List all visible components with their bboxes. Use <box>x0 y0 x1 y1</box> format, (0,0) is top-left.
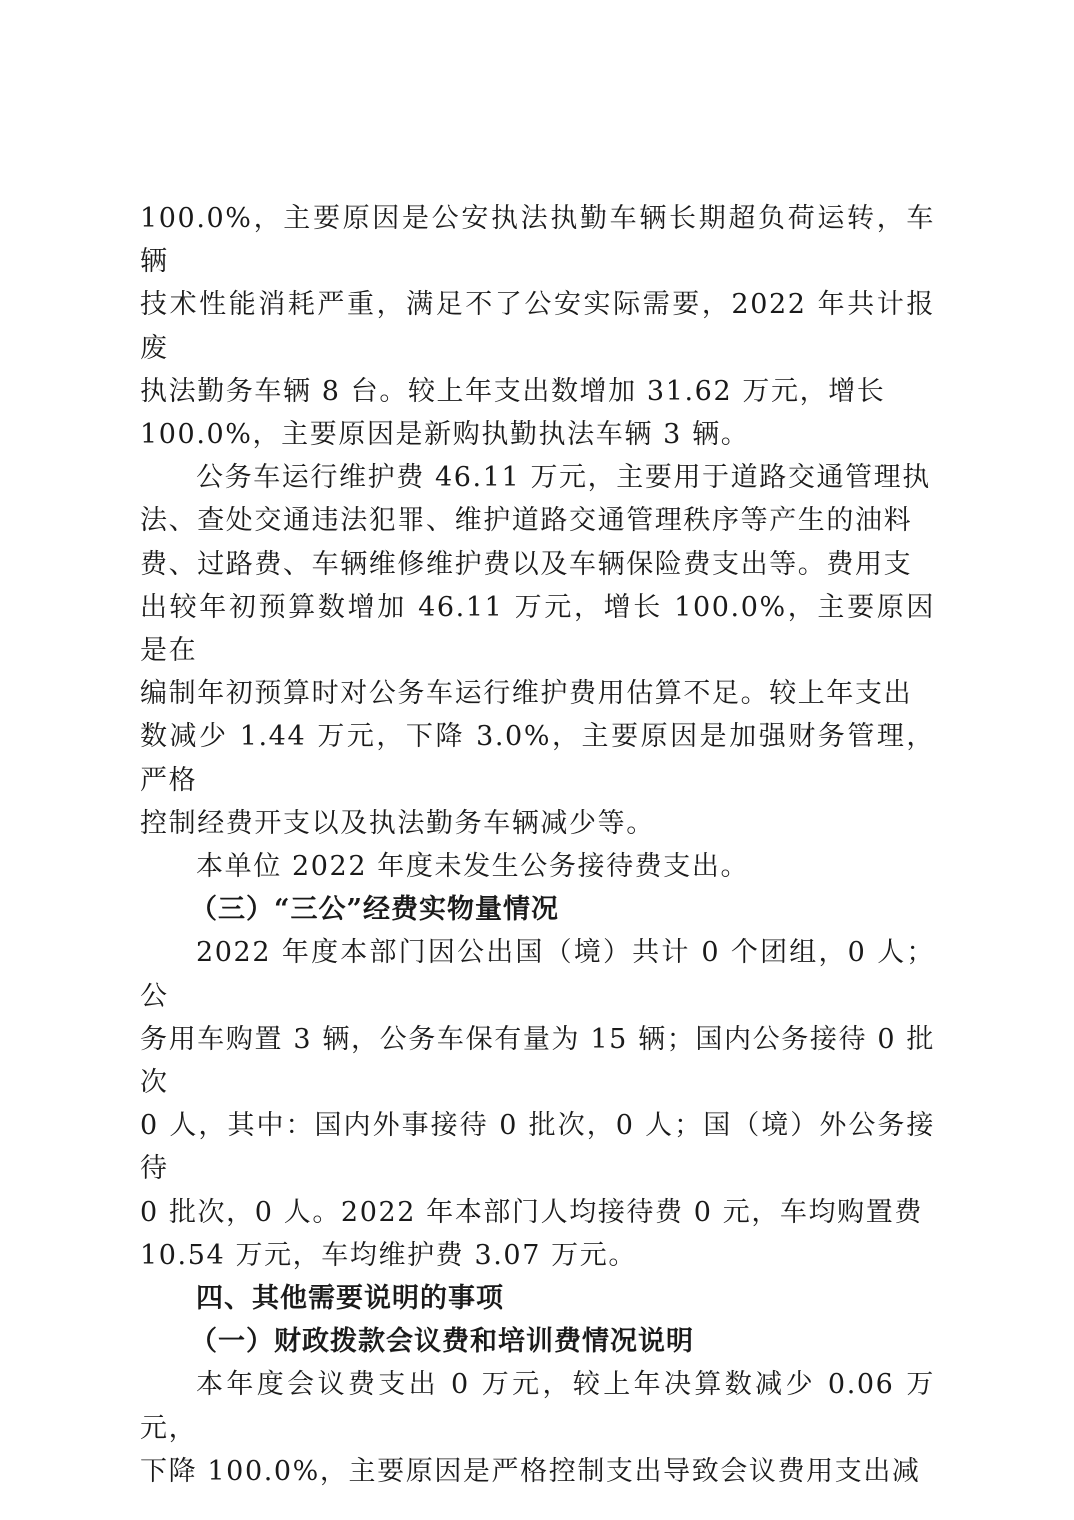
section-heading-other-matters: 四、其他需要说明的事项 <box>140 1277 935 1320</box>
line-1: 100.0%，主要原因是公安执法执勤车辆长期超负荷运转，车辆 <box>140 197 935 283</box>
line-21: 本年度会议费支出 0 万元，较上年决算数减少 0.06 万元， <box>140 1363 935 1449</box>
line-7: 费、过路费、车辆维修维护费以及车辆保险费支出等。费用支 <box>140 543 935 586</box>
line-10: 数减少 1.44 万元，下降 3.0%，主要原因是加强财务管理，严格 <box>140 715 935 801</box>
line-16: 0 人，其中：国内外事接待 0 批次，0 人；国（境）外公务接待 <box>140 1104 935 1190</box>
section-heading-three-public-expenses: （三）“三公”经费实物量情况 <box>140 888 935 931</box>
line-8: 出较年初预算数增加 46.11 万元，增长 100.0%，主要原因是在 <box>140 586 935 672</box>
line-14: 2022 年度本部门因公出国（境）共计 0 个团组，0 人；公 <box>140 931 935 1017</box>
line-22: 下降 100.0%，主要原因是严格控制支出导致会议费用支出减 <box>140 1450 935 1493</box>
line-11: 控制经费开支以及执法勤务车辆减少等。 <box>140 802 935 845</box>
line-17: 0 批次，0 人。2022 年本部门人均接待费 0 元，车均购置费 <box>140 1191 935 1234</box>
document-page: 100.0%，主要原因是公安执法执勤车辆长期超负荷运转，车辆 技术性能消耗严重，… <box>140 197 935 1493</box>
line-5: 公务车运行维护费 46.11 万元，主要用于道路交通管理执 <box>140 456 935 499</box>
line-3: 执法勤务车辆 8 台。较上年支出数增加 31.62 万元，增长 <box>140 370 935 413</box>
line-6: 法、查处交通违法犯罪、维护道路交通管理秩序等产生的油料 <box>140 499 935 542</box>
line-15: 务用车购置 3 辆，公务车保有量为 15 辆；国内公务接待 0 批次 <box>140 1018 935 1104</box>
section-heading-meeting-training-fees: （一）财政拨款会议费和培训费情况说明 <box>140 1320 935 1363</box>
line-9: 编制年初预算时对公务车运行维护费用估算不足。较上年支出 <box>140 672 935 715</box>
line-2: 技术性能消耗严重，满足不了公安实际需要，2022 年共计报废 <box>140 283 935 369</box>
line-12: 本单位 2022 年度未发生公务接待费支出。 <box>140 845 935 888</box>
line-18: 10.54 万元，车均维护费 3.07 万元。 <box>140 1234 935 1277</box>
line-4: 100.0%，主要原因是新购执勤执法车辆 3 辆。 <box>140 413 935 456</box>
